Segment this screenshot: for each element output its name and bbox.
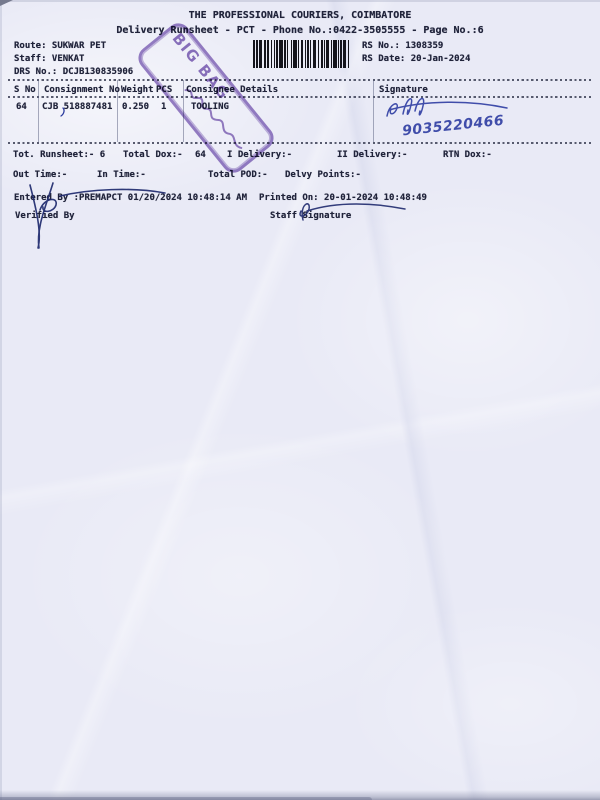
separator-line bbox=[8, 142, 592, 144]
separator-line bbox=[8, 79, 592, 81]
table-row-sno: 64 bbox=[16, 102, 27, 112]
barcode bbox=[253, 40, 355, 68]
total-dox-label: Total Dox:- bbox=[123, 150, 183, 160]
ii-delivery: II Delivery:- bbox=[337, 150, 407, 160]
total-dox-value: 64 bbox=[195, 150, 206, 160]
delvy-points: Delvy Points:- bbox=[285, 170, 361, 180]
rtn-dox: RTN Dox:- bbox=[443, 150, 492, 160]
column-divider bbox=[38, 80, 39, 142]
runsheet-subtitle: Delivery Runsheet - PCT - Phone No.:0422… bbox=[0, 25, 600, 37]
paper-top-edge bbox=[0, 0, 600, 2]
col-header-consignment: Consignment No bbox=[44, 85, 120, 95]
table-row-pcs: 1 bbox=[161, 102, 166, 112]
staff-signature-scribble bbox=[283, 196, 413, 226]
rs-date-label: RS Date: 20-Jan-2024 bbox=[362, 54, 470, 64]
scanned-delivery-runsheet: THE PROFESSIONAL COURIERS, COIMBATORE De… bbox=[0, 0, 600, 800]
company-title: THE PROFESSIONAL COURIERS, COIMBATORE bbox=[0, 10, 600, 22]
col-header-sno: S No bbox=[14, 85, 36, 95]
verified-by-signature bbox=[10, 178, 180, 258]
paper-left-edge bbox=[0, 0, 2, 800]
staff-label: Staff: VENKAT bbox=[14, 54, 84, 64]
table-row-consignment: CJB 518887481 bbox=[42, 102, 112, 112]
drs-no-label: DRS No.: DCJB130835906 bbox=[14, 67, 133, 77]
pen-tick-mark bbox=[60, 107, 68, 117]
route-label: Route: SUKWAR PET bbox=[14, 41, 106, 51]
total-runsheet: Tot. Runsheet:- 6 bbox=[13, 150, 105, 160]
col-header-weight: Weight bbox=[121, 85, 154, 95]
column-divider bbox=[373, 80, 374, 142]
rs-no-label: RS No.: 1308359 bbox=[362, 41, 443, 51]
table-row-weight: 0.250 bbox=[122, 102, 149, 112]
